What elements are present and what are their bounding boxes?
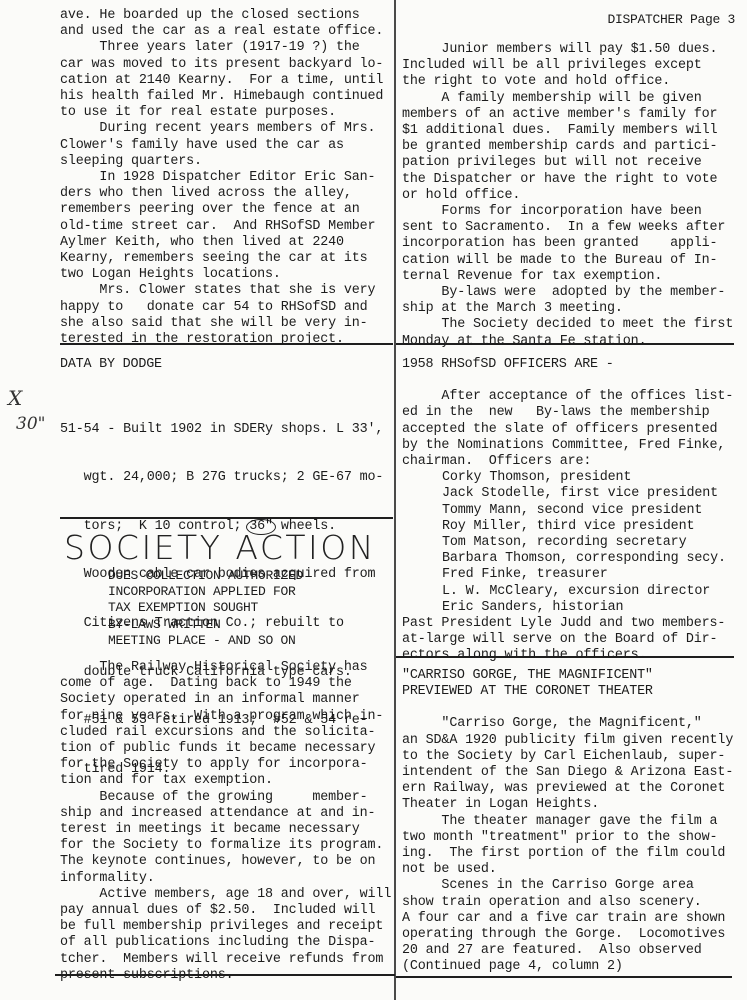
text-line: informality. — [60, 871, 392, 887]
section-rule — [396, 976, 732, 978]
text-line: BY-LAWS WRITTEN — [108, 617, 303, 633]
text-line: A family membership will be given — [402, 91, 737, 107]
text-line: tion and for tax exemption. — [60, 773, 392, 789]
text-line: Mrs. Clower states that she is very — [60, 283, 392, 299]
text-line: members of an active member's family for — [402, 107, 737, 123]
section-rule — [60, 343, 393, 345]
text-line: Theater in Logan Heights. — [402, 797, 737, 813]
text-line: intendent of the San Diego & Arizona Eas… — [402, 765, 737, 781]
text-line: L. W. McCleary, excursion director — [442, 584, 737, 600]
text-line: Forms for incorporation have been — [402, 204, 737, 220]
section-rule — [396, 656, 734, 658]
text-line: The theater manager gave the film a — [402, 814, 737, 830]
text-line: Junior members will pay $1.50 dues. — [402, 42, 737, 58]
text-line: Tommy Mann, second vice president — [442, 503, 737, 519]
text-line: ed in the new By-laws the membership — [402, 405, 737, 421]
text-line: Fred Finke, treasurer — [442, 567, 737, 583]
text-line: The keynote continues, however, to be on — [60, 854, 392, 870]
section-title: 1958 RHSofSD OFFICERS ARE - — [402, 357, 737, 373]
text-line: sleeping quarters. — [60, 154, 392, 170]
text-line: The Society decided to meet the first — [402, 317, 737, 333]
text-line: be granted membership cards and partici- — [402, 139, 737, 155]
text-line: for the Society to formalize its program… — [60, 838, 392, 854]
article-text: ave. He boarded up the closed sectionsan… — [60, 8, 392, 348]
text-line: incorporation has been granted appli- — [402, 236, 737, 252]
text-line: the Dispatcher or have the right to vote — [402, 172, 737, 188]
section-rule — [396, 343, 734, 345]
text-line: Included will be all privileges except — [402, 58, 737, 74]
text-line: tion of public funds it became necessary — [60, 741, 392, 757]
text-line: ing. The first portion of the film could — [402, 846, 737, 862]
text-line: by the Nominations Committee, Fred Finke… — [402, 438, 737, 454]
officers-intro: After acceptance of the offices list-ed … — [402, 389, 737, 470]
text-line: an SD&A 1920 publicity film given recent… — [402, 733, 737, 749]
text-line: Monday at the Santa Fe station. — [402, 334, 737, 350]
text-line: MEETING PLACE - AND SO ON — [108, 633, 303, 649]
text-line: ternal Revenue for tax exemption. — [402, 269, 737, 285]
text-line: pation privileges but will not receive — [402, 155, 737, 171]
text-line: Three years later (1917-19 ?) the — [60, 40, 392, 56]
publication-name: DISPATCHER — [607, 12, 682, 27]
text-line: chairman. Officers are: — [402, 454, 737, 470]
text-line: The Railway Historical Society has — [60, 660, 392, 676]
text-line: for nine years. With a program which in- — [60, 709, 392, 725]
text-line: DUES COLLECTION AUTHORIZED — [108, 568, 303, 584]
text-line: or hold office. — [402, 188, 737, 204]
spec-line: 51-54 - Built 1902 in SDERy shops. L 33'… — [60, 422, 392, 438]
text-line: ship and increased attendance at and in- — [60, 806, 392, 822]
text-line: accepted the slate of officers presented — [402, 422, 737, 438]
text-line: tcher. Members will receive refunds from — [60, 952, 392, 968]
text-line: Eric Sanders, historian — [442, 600, 737, 616]
car-history-continued: ave. He boarded up the closed sectionsan… — [60, 8, 392, 348]
text-line: sent to Sacramento. In a few weeks after — [402, 220, 737, 236]
text-line: PREVIEWED AT THE CORONET THEATER — [402, 684, 737, 700]
text-line: ave. He boarded up the closed sections — [60, 8, 392, 24]
text-line: happy to donate car 54 to RHSofSD and — [60, 300, 392, 316]
text-line: old-time street car. And RHSofSD Member — [60, 219, 392, 235]
society-action-section: SOCIETY ACTION — [64, 530, 376, 566]
text-line: Tom Matson, recording secretary — [442, 535, 737, 551]
text-line: at-large will serve on the Board of Dir- — [402, 632, 737, 648]
text-line: ern Railway, was previewed at the Corone… — [402, 781, 737, 797]
article-text: "Carriso Gorge, the Magnificent,"an SD&A… — [402, 716, 737, 975]
text-line: In 1928 Dispatcher Editor Eric San- — [60, 170, 392, 186]
text-line: two Logan Heights locations. — [60, 267, 392, 283]
text-line: and used the car as a real estate office… — [60, 24, 392, 40]
society-action-subheads: DUES COLLECTION AUTHORIZEDINCORPORATION … — [108, 568, 303, 649]
text-line: of all publications including the Dispa- — [60, 935, 392, 951]
text-line: Jack Stodelle, first vice president — [442, 486, 737, 502]
section-title: "CARRISO GORGE, THE MAGNIFICENT"PREVIEWE… — [402, 668, 737, 700]
text-line: for the Society to apply for incorpora- — [60, 757, 392, 773]
text-line: After acceptance of the offices list- — [402, 389, 737, 405]
page-number: Page 3 — [690, 12, 735, 27]
text-line: "CARRISO GORGE, THE MAGNIFICENT" — [402, 668, 737, 684]
text-line: A four car and a five car train are show… — [402, 911, 737, 927]
society-action-body: The Railway Historical Society hascome o… — [60, 660, 392, 984]
text-line: she also said that she will be very in- — [60, 316, 392, 332]
text-line: Past President Lyle Judd and two members… — [402, 616, 737, 632]
text-line: "Carriso Gorge, the Magnificent," — [402, 716, 737, 732]
carriso-gorge-section: "CARRISO GORGE, THE MAGNIFICENT"PREVIEWE… — [402, 668, 737, 976]
text-line: two month "treatment" prior to the show- — [402, 830, 737, 846]
text-line: INCORPORATION APPLIED FOR — [108, 584, 303, 600]
text-line: Active members, age 18 and over, will — [60, 887, 392, 903]
column-divider — [394, 0, 396, 1000]
article-text: The Railway Historical Society hascome o… — [60, 660, 392, 984]
officers-list: Corky Thomson, presidentJack Stodelle, f… — [402, 470, 737, 616]
text-line: cation will be made to the Bureau of In- — [402, 253, 737, 269]
text-line: TAX EXEMPTION SOUGHT — [108, 600, 303, 616]
text-line: cluded rail excursions and the solicita- — [60, 725, 392, 741]
text-line: operating through the Gorge. Locomotives — [402, 927, 737, 943]
text-line: (Continued page 4, column 2) — [402, 959, 737, 975]
text-line: Scenes in the Carriso Gorge area — [402, 878, 737, 894]
text-line: ship at the March 3 meeting. — [402, 301, 737, 317]
text-line: By-laws were adopted by the member- — [402, 285, 737, 301]
text-line: car was moved to its present backyard lo… — [60, 57, 392, 73]
text-line: Kearny, remembers seeing the car at its — [60, 251, 392, 267]
text-line: terested in the restoration project. — [60, 332, 392, 348]
text-line: remembers peering over the fence at an — [60, 202, 392, 218]
text-line: Because of the growing member- — [60, 790, 392, 806]
newsletter-page: DISPATCHER Page 3 ave. He boarded up the… — [0, 0, 747, 1000]
text-line: the right to vote and hold office. — [402, 74, 737, 90]
section-rule — [60, 517, 393, 519]
text-line: $1 additional dues. Family members will — [402, 123, 737, 139]
section-title: SOCIETY ACTION — [64, 530, 376, 566]
text-line: come of age. Dating back to 1949 the — [60, 676, 392, 692]
section-rule — [55, 974, 395, 976]
text-line: Corky Thomson, president — [442, 470, 737, 486]
spec-line: wgt. 24,000; B 27G trucks; 2 GE-67 mo- — [60, 470, 392, 486]
text-line: cation at 2140 Kearny. For a time, until — [60, 73, 392, 89]
text-line: Clower's family have used the car as — [60, 138, 392, 154]
page-header: DISPATCHER Page 3 — [607, 12, 735, 27]
text-line: During recent years members of Mrs. — [60, 121, 392, 137]
text-line: 20 and 27 are featured. Also observed — [402, 943, 737, 959]
text-line: Barbara Thomson, corresponding secy. — [442, 551, 737, 567]
text-line: show train operation and also scenery. — [402, 895, 737, 911]
text-line: Society operated in an informal manner — [60, 692, 392, 708]
text-line: to the Society by Carl Eichenlaub, super… — [402, 749, 737, 765]
text-line: ders who then lived across the alley, — [60, 186, 392, 202]
officers-section: 1958 RHSofSD OFFICERS ARE - After accept… — [402, 357, 737, 665]
text-line: Aylmer Keith, who then lived at 2240 — [60, 235, 392, 251]
subhead-list: DUES COLLECTION AUTHORIZEDINCORPORATION … — [108, 568, 303, 649]
handwritten-x-mark: X — [8, 386, 22, 410]
text-line: be full membership privileges and receip… — [60, 919, 392, 935]
text-line: Roy Miller, third vice president — [442, 519, 737, 535]
handwritten-margin-note: 30" — [16, 414, 45, 434]
text-line: not be used. — [402, 862, 737, 878]
article-text: Junior members will pay $1.50 dues.Inclu… — [402, 42, 737, 350]
text-line: his health failed Mr. Himebaugh continue… — [60, 89, 392, 105]
text-line: terest in meetings it became necessary — [60, 822, 392, 838]
text-line: pay annual dues of $2.50. Included will — [60, 903, 392, 919]
membership-continued: Junior members will pay $1.50 dues.Inclu… — [402, 42, 737, 350]
section-title: DATA BY DODGE — [60, 357, 392, 373]
text-line: to use it for real estate purposes. — [60, 105, 392, 121]
